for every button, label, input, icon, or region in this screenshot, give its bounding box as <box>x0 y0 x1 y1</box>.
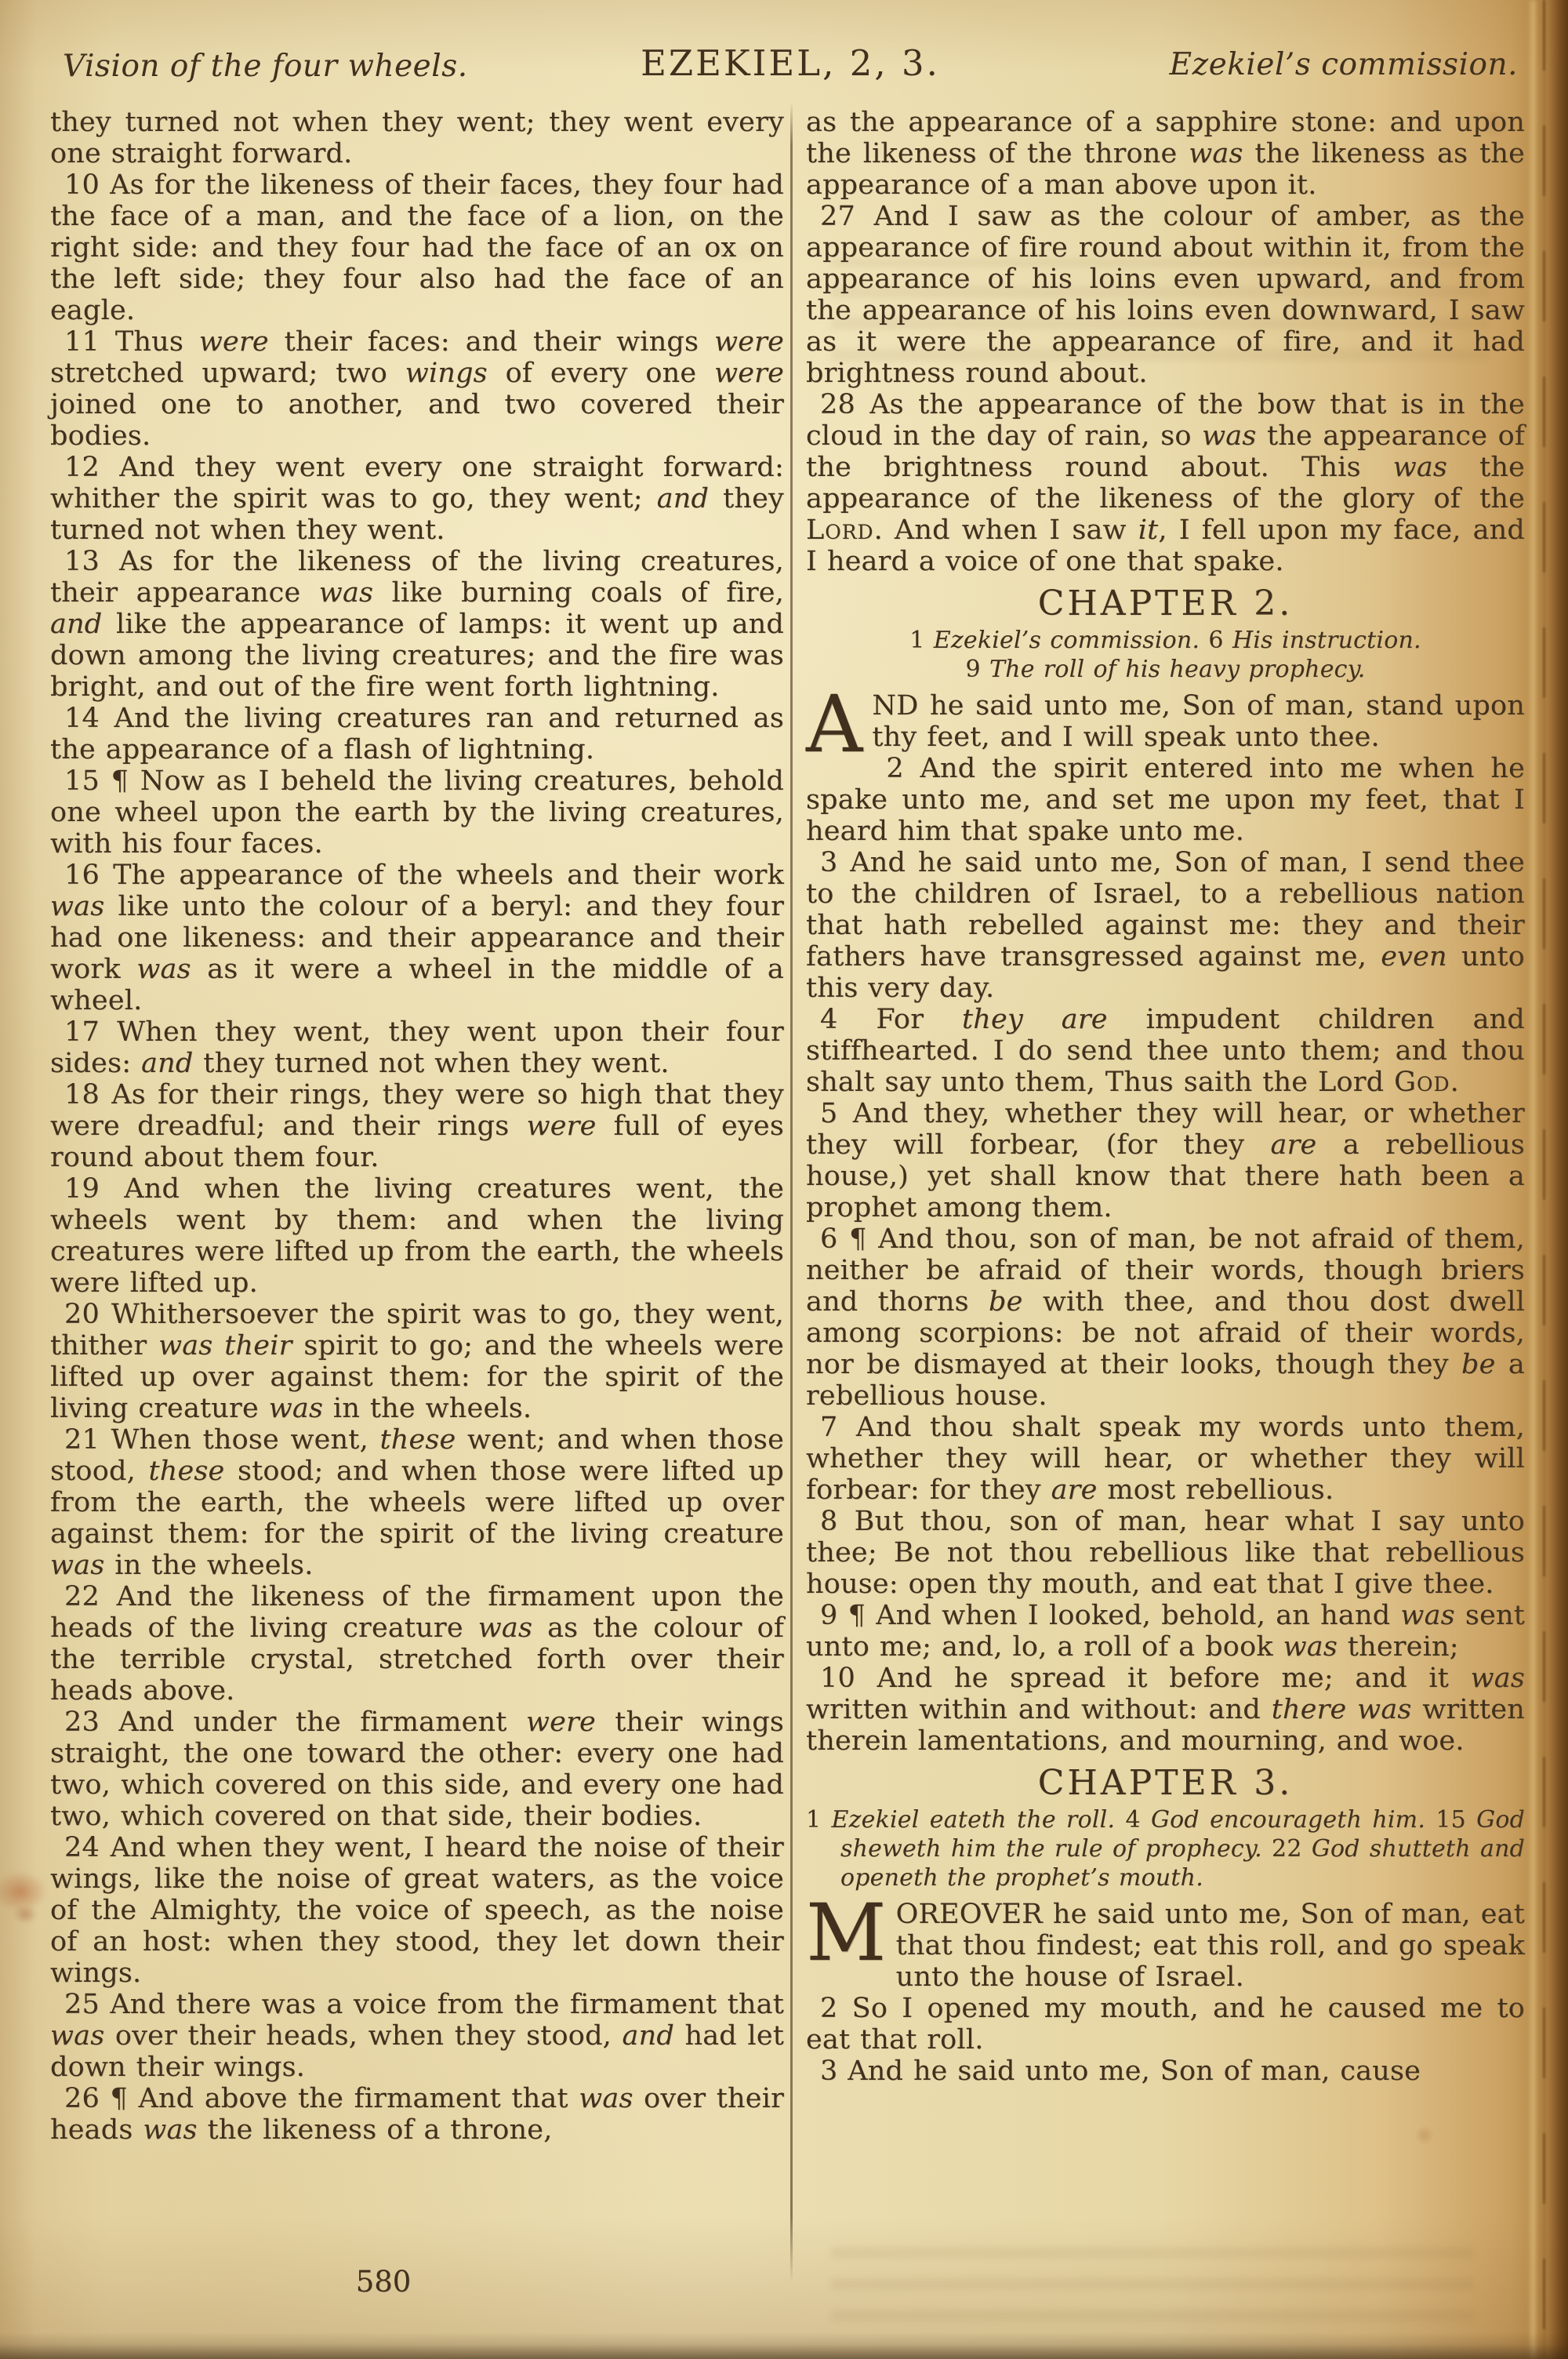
italic-text-run: was <box>50 1550 104 1581</box>
text-run: their faces: and their wings <box>269 326 714 358</box>
verse-paragraph: 3 And he said unto me, Son of man, I sen… <box>806 847 1525 1004</box>
italic-text-run: and <box>50 609 102 640</box>
verse-number: 13 <box>64 546 119 577</box>
verse-paragraph: 16 The appearance of the wheels and thei… <box>50 860 784 1016</box>
bible-page-scan: Vision of the four wheels. EZEKIEL, 2, 3… <box>0 0 1568 2359</box>
italic-text-run: are <box>1051 1474 1098 1506</box>
italic-text-run: was <box>50 891 104 922</box>
verse-number: 3 <box>820 847 850 878</box>
italic-text-run: there was <box>1272 1694 1412 1725</box>
drop-cap-initial: M <box>806 1899 896 1963</box>
verse-paragraph: 14 And the living creatures ran and retu… <box>50 703 784 765</box>
verse-number: 18 <box>64 1079 111 1110</box>
italic-text-run: was their <box>158 1330 292 1361</box>
italic-text-run: His instruction. <box>1232 627 1421 654</box>
text-run: And when I looked, behold, an hand <box>876 1600 1400 1631</box>
verse-number: 28 <box>820 389 869 420</box>
italic-text-run: Ezekiel’s commission. <box>934 627 1200 654</box>
verse-paragraph: 27 And I saw as the colour of amber, as … <box>806 201 1525 389</box>
verse-paragraph: 25 And there was a voice from the firmam… <box>50 1989 784 2083</box>
show-through-ghost <box>831 2227 1474 2321</box>
text-run: the likeness of a throne, <box>198 2114 553 2146</box>
text-run: And he spread it before me; and it <box>877 1663 1471 1694</box>
verse-paragraph: 28 As the appearance of the bow that is … <box>806 389 1525 577</box>
verse-paragraph: 18 As for their rings, they were so high… <box>50 1079 784 1173</box>
italic-text-run: was <box>136 954 191 985</box>
verse-number: 5 <box>820 1098 853 1129</box>
text-run: And above the firmament that <box>138 2083 579 2114</box>
verse-number: 24 <box>64 1832 111 1863</box>
right-text-column: as the appearance of a sapphire stone: a… <box>806 107 1525 2087</box>
verse-paragraph: 12 And they went every one straight forw… <box>50 452 784 546</box>
italic-text-run: was <box>1189 138 1243 169</box>
verse-paragraph: 3 And he said unto me, Son of man, cause <box>806 2055 1525 2087</box>
verse-number: 11 <box>64 326 115 358</box>
text-run: For <box>876 1004 962 1035</box>
verse-number: 8 <box>820 1506 855 1537</box>
text-run: And I saw as the colour of amber, as the… <box>806 201 1525 389</box>
running-head-title: EZEKIEL, 2, 3. <box>641 42 940 84</box>
verse-number: 20 <box>64 1299 111 1330</box>
verse-paragraph: MOREOVER he said unto me, Son of man, ea… <box>806 1899 1525 1993</box>
italic-text-run: these <box>379 1424 456 1456</box>
text-run: 9 <box>965 656 989 683</box>
verse-number: 17 <box>64 1016 117 1048</box>
verse-number: 16 <box>64 860 113 891</box>
italic-text-run: be <box>989 1286 1023 1318</box>
italic-text-run: was <box>1393 452 1447 483</box>
verse-paragraph: 10 As for the likeness of their faces, t… <box>50 169 784 326</box>
text-run: of every one <box>488 358 714 389</box>
italic-text-run: was <box>1202 420 1256 452</box>
running-head-left: Vision of the four wheels. <box>63 49 468 84</box>
text-run: they turned not when they went; they wen… <box>50 107 784 169</box>
italic-text-run: The roll of his heavy prophecy. <box>989 656 1366 683</box>
text-run: And he said unto me, Son of man, cause <box>848 2055 1421 2087</box>
italic-text-run: are <box>1271 1129 1317 1161</box>
pilcrow-mark: ¶ <box>110 2083 138 2114</box>
text-run: most rebellious. <box>1098 1474 1334 1506</box>
italic-text-run: was <box>143 2114 197 2146</box>
verse-paragraph: 23 And under the firmament were their wi… <box>50 1707 784 1832</box>
verse-paragraph: 11 Thus were their faces: and their wing… <box>50 326 784 452</box>
verse-number: 10 <box>64 169 110 201</box>
verse-number: 25 <box>64 1989 110 2020</box>
italic-text-run: it <box>1138 514 1159 546</box>
verse-paragraph: 7 And thou shalt speak my words unto the… <box>806 1412 1525 1506</box>
text-run: ND he said unto me, Son of man, stand up… <box>872 690 1525 753</box>
italic-text-run: God encourageth him. <box>1151 1806 1425 1834</box>
text-run: Now as I beheld the living creatures, be… <box>50 765 784 860</box>
italic-text-run: was <box>319 577 373 609</box>
text-run: 6 <box>1200 627 1232 654</box>
verse-paragraph: 20 Whithersoever the spirit was to go, t… <box>50 1299 784 1424</box>
verse-paragraph: 19 And when the living creatures went, t… <box>50 1173 784 1299</box>
verse-number: 27 <box>820 201 873 232</box>
text-run: therein; <box>1338 1631 1459 1663</box>
text-run: The appearance of the wheels and their w… <box>113 860 784 891</box>
verse-number: 23 <box>64 1707 118 1738</box>
page-number: 580 <box>50 2265 717 2299</box>
verse-paragraph: AND he said unto me, Son of man, stand u… <box>806 690 1525 753</box>
verse-number: 4 <box>820 1004 876 1035</box>
italic-text-run: was <box>269 1393 323 1424</box>
verse-paragraph: 17 When they went, they went upon their … <box>50 1016 784 1079</box>
text-run: But thou, son of man, hear what I say un… <box>806 1506 1525 1600</box>
column-divider-rule <box>790 102 793 2282</box>
italic-text-run: were <box>714 358 784 389</box>
verse-paragraph: 8 But thou, son of man, hear what I say … <box>806 1506 1525 1600</box>
text-run: they turned not when they went. <box>193 1048 669 1079</box>
verse-number: 2 <box>886 753 920 784</box>
text-run: And under the firmament <box>118 1707 526 1738</box>
text-run: And the living creatures ran and returne… <box>50 703 784 765</box>
verse-number: 15 <box>64 765 111 797</box>
italic-text-run: was <box>579 2083 633 2114</box>
italic-text-run: was <box>478 1612 532 1644</box>
smallcaps-text-run: God <box>1394 1067 1450 1098</box>
chapter-heading: CHAPTER 2. <box>806 588 1525 620</box>
chapter-summary: 1 Ezekiel eateth the roll. 4 God encoura… <box>806 1805 1525 1892</box>
verse-paragraph: 24 And when they went, I heard the noise… <box>50 1832 784 1989</box>
verse-paragraph: 13 As for the likeness of the living cre… <box>50 546 784 703</box>
text-run: 15 <box>1425 1806 1476 1834</box>
verse-number: 19 <box>64 1173 124 1205</box>
verse-paragraph: 15 ¶ Now as I beheld the living creature… <box>50 765 784 860</box>
text-run: As for the likeness of their faces, they… <box>50 169 784 326</box>
italic-text-run: these <box>148 1456 224 1487</box>
chapter-summary: 1 Ezekiel’s commission. 6 His instructio… <box>806 626 1525 684</box>
pilcrow-mark: ¶ <box>111 765 140 797</box>
italic-text-run: were <box>199 326 269 358</box>
text-run: like the appearance of lamps: it went up… <box>50 609 784 703</box>
verse-continuation-paragraph: they turned not when they went; they wen… <box>50 107 784 169</box>
text-run: in the wheels. <box>104 1550 313 1581</box>
text-run: OREOVER he said unto me, Son of man, eat… <box>896 1899 1525 1993</box>
verse-number: 9 <box>820 1600 848 1631</box>
bottom-edge-shadow <box>0 2332 1568 2359</box>
italic-text-run: even <box>1381 941 1447 972</box>
text-run: And when they went, I heard the noise of… <box>50 1832 784 1989</box>
verse-number: 12 <box>64 452 119 483</box>
text-run: When those went, <box>111 1424 379 1456</box>
text-run: in the wheels. <box>323 1393 532 1424</box>
italic-text-run: and <box>657 483 709 514</box>
chapter-heading: CHAPTER 3. <box>806 1768 1525 1799</box>
italic-text-run: and <box>622 2020 674 2052</box>
italic-text-run: Ezekiel eateth the roll. <box>832 1806 1116 1834</box>
text-run: . <box>1450 1067 1459 1098</box>
running-header: Vision of the four wheels. EZEKIEL, 2, 3… <box>63 42 1518 97</box>
text-run: And there was a voice from the firmament… <box>110 1989 784 2020</box>
text-run: . And when I saw <box>874 514 1138 546</box>
italic-text-run: were <box>714 326 784 358</box>
verse-paragraph: 4 For they are impudent children and sti… <box>806 1004 1525 1098</box>
running-head-right: Ezekiel’s commission. <box>1170 47 1518 82</box>
italic-text-run: and <box>141 1048 193 1079</box>
italic-text-run: they are <box>962 1004 1108 1035</box>
gutter-shadow <box>0 0 36 2359</box>
verse-number: 6 <box>820 1223 849 1255</box>
verse-paragraph: 5 And they, whether they will hear, or w… <box>806 1098 1525 1223</box>
drop-cap-initial: A <box>806 690 872 754</box>
verse-paragraph: 9 ¶ And when I looked, behold, an hand w… <box>806 1600 1525 1663</box>
text-run: 1 <box>909 627 934 654</box>
verse-number: 22 <box>64 1581 116 1612</box>
verse-paragraph: 2 So I opened my mouth, and he caused me… <box>806 1993 1525 2055</box>
text-run: So I opened my mouth, and he caused me t… <box>806 1993 1525 2055</box>
text-run: written within and without: and <box>806 1694 1272 1725</box>
verse-number: 2 <box>820 1993 852 2024</box>
verse-paragraph: 22 And the likeness of the firmament upo… <box>50 1581 784 1707</box>
text-run: 4 <box>1115 1806 1151 1834</box>
verse-paragraph: 10 And he spread it before me; and it wa… <box>806 1663 1525 1757</box>
left-text-column: they turned not when they went; they wen… <box>50 107 784 2146</box>
italic-text-run: wings <box>405 358 488 389</box>
italic-text-run: was <box>1283 1631 1338 1663</box>
pilcrow-mark: ¶ <box>848 1600 877 1631</box>
smallcaps-text-run: Lord <box>806 514 874 546</box>
text-run: And when the living creatures went, the … <box>50 1173 784 1299</box>
verse-paragraph: 21 When those went, these went; and when… <box>50 1424 784 1581</box>
text-run: over their heads, when they stood, <box>104 2020 622 2052</box>
text-run: 1 <box>806 1806 832 1834</box>
verse-number: 3 <box>820 2055 848 2087</box>
text-run: Thus <box>115 326 199 358</box>
text-run: stretched upward; two <box>50 358 405 389</box>
italic-text-run: was <box>1400 1600 1454 1631</box>
verse-number: 7 <box>820 1412 856 1443</box>
text-run: 22 <box>1262 1835 1312 1863</box>
pilcrow-mark: ¶ <box>849 1223 878 1255</box>
verse-number: 10 <box>820 1663 877 1694</box>
page-curl-edge <box>1512 0 1568 2359</box>
verse-paragraph: 6 ¶ And thou, son of man, be not afraid … <box>806 1223 1525 1412</box>
text-run: joined one to another, and two covered t… <box>50 389 784 452</box>
italic-text-run: were <box>526 1707 596 1738</box>
verse-number: 21 <box>64 1424 111 1456</box>
verse-number: 26 <box>64 2083 110 2114</box>
chapter-summary-line: 1 Ezekiel’s commission. 6 His instructio… <box>806 626 1525 655</box>
verse-paragraph: 26 ¶ And above the firmament that was ov… <box>50 2083 784 2146</box>
italic-text-run: were <box>527 1110 597 1142</box>
verse-continuation-paragraph: as the appearance of a sapphire stone: a… <box>806 107 1525 201</box>
text-run: like burning coals of fire, <box>373 577 784 609</box>
chapter-summary-line: 9 The roll of his heavy prophecy. <box>806 655 1525 684</box>
italic-text-run: be <box>1461 1349 1496 1380</box>
verse-number: 14 <box>64 703 114 734</box>
verse-paragraph: 2 And the spirit entered into me when he… <box>806 753 1525 847</box>
italic-text-run: was <box>50 2020 104 2052</box>
